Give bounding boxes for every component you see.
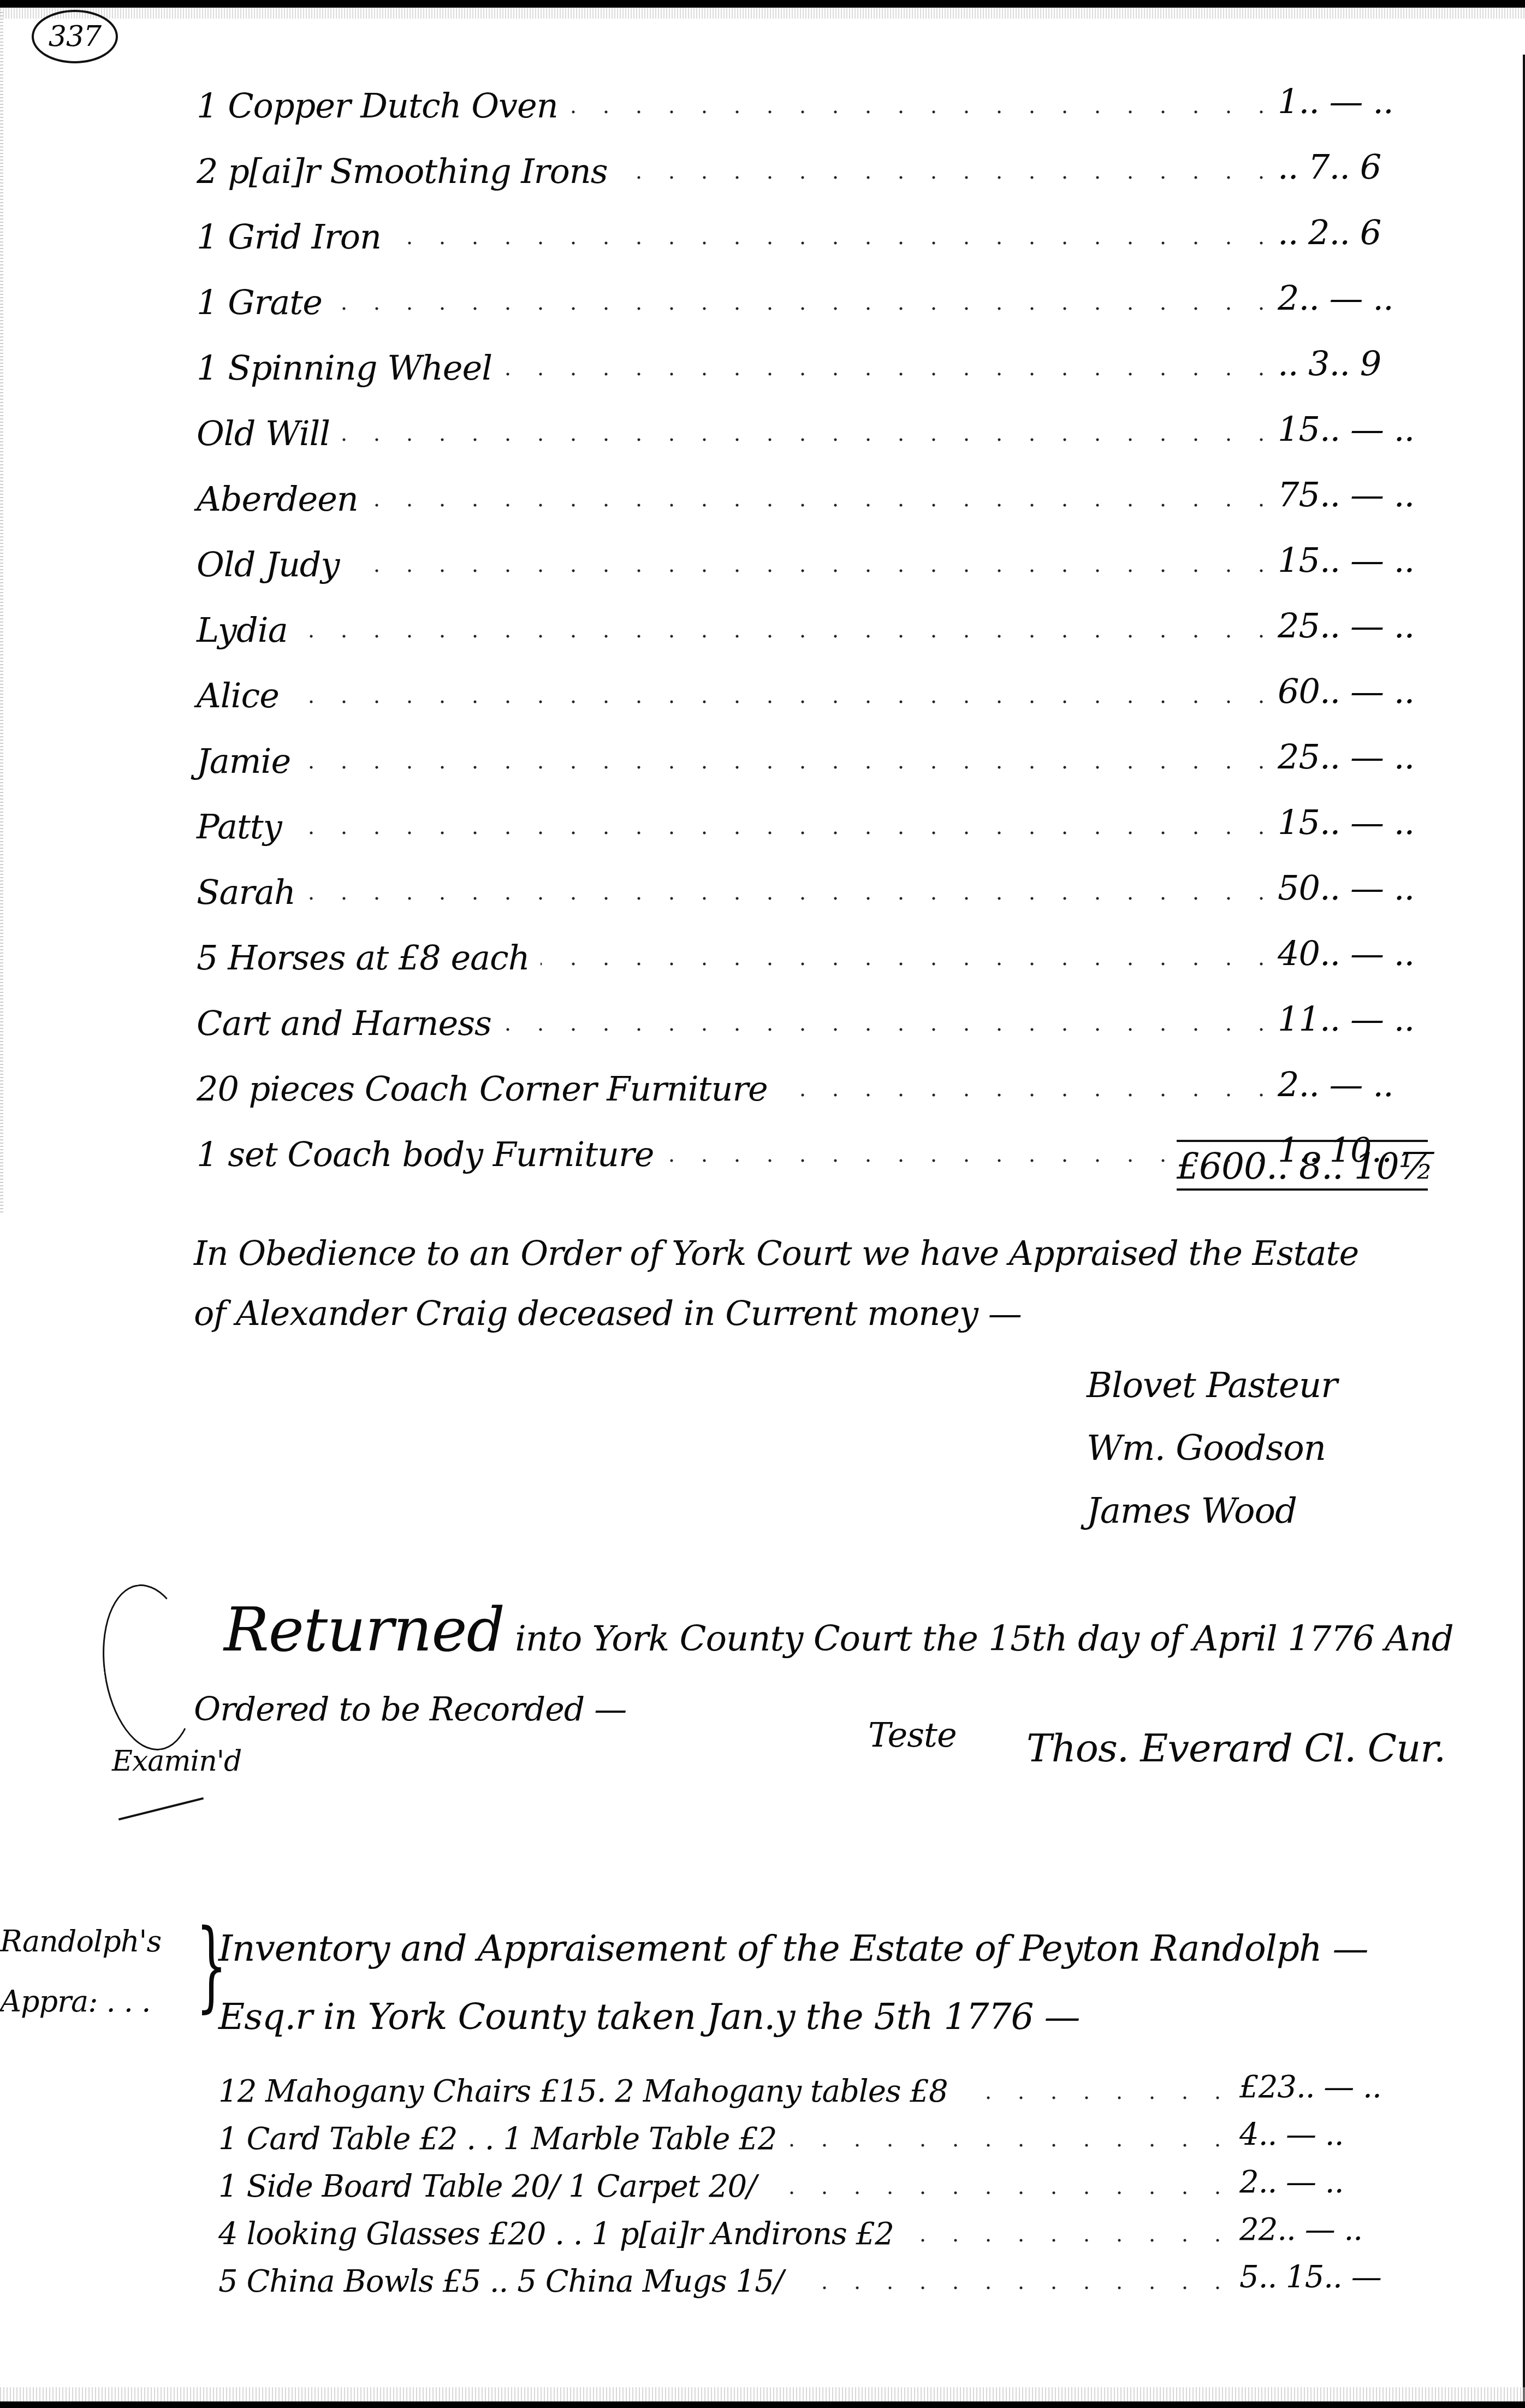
item-description: Alice (197, 676, 290, 715)
item-description: 2 p[ai]r Smoothing Irons (197, 151, 618, 191)
item-description: 4 looking Glasses £20 . . 1 p[ai]r Andir… (218, 2216, 905, 2252)
item-description: Lydia (197, 610, 299, 650)
examined-stroke (118, 1797, 204, 1821)
dot-leader (197, 831, 1267, 835)
page-right-edge (1523, 55, 1525, 2403)
item-amount: £23.. — .. (1239, 2069, 1398, 2105)
teste-label: Teste (868, 1715, 957, 1755)
item-amount: .. 3.. 9 (1278, 344, 1441, 383)
clerk-signature: Thos. Everard Cl. Cur. (1026, 1726, 1445, 1771)
signature: James Wood (1087, 1491, 1469, 1554)
total-underline (1177, 1188, 1428, 1191)
scan-top-border (0, 0, 1525, 8)
item-amount: 1.. — .. (1278, 81, 1441, 121)
randolph-inventory-list: 12 Mahogany Chairs £15. 2 Mahogany table… (218, 2062, 1398, 2299)
return-line-2: Ordered to be Recorded — (194, 1690, 626, 1729)
item-amount: 25.. — .. (1278, 606, 1441, 646)
dot-leader (197, 569, 1267, 572)
scan-left-edge (0, 11, 3, 1212)
inventory-heading: Inventory and Appraisement of the Estate… (218, 1914, 1474, 2051)
return-line-text: into York County Court the 15th day of A… (515, 1619, 1453, 1659)
item-description: 1 Side Board Table 20/ 1 Carpet 20/ (218, 2169, 767, 2204)
item-description: Aberdeen (197, 479, 369, 519)
item-amount: .. 7.. 6 (1278, 147, 1441, 187)
item-amount: 22.. — .. (1239, 2212, 1398, 2247)
item-amount: 5.. 15.. — (1239, 2259, 1398, 2295)
inventory-row: 4 looking Glasses £20 . . 1 p[ai]r Andir… (218, 2204, 1398, 2252)
item-description: 1 Spinning Wheel (197, 348, 503, 388)
heading-line: Inventory and Appraisement of the Estate… (218, 1914, 1474, 1983)
item-description: Jamie (197, 741, 301, 781)
item-description: 1 Card Table £2 . . 1 Marble Table £2 (218, 2121, 787, 2157)
margin-note-line: Randolph's (0, 1912, 161, 1972)
inventory-row: 1 Grate2.. — .. (197, 257, 1441, 322)
dot-leader (197, 700, 1267, 703)
appraiser-signatures: Blovet Pasteur Wm. Goodson James Wood (1087, 1365, 1469, 1554)
item-description: Patty (197, 807, 293, 847)
returned-word: Returned (224, 1595, 505, 1665)
inventory-row: 20 pieces Coach Corner Furniture2.. — .. (197, 1043, 1441, 1109)
item-amount: 40.. — .. (1278, 933, 1441, 973)
inventory-row: Alice60.. — .. (197, 650, 1441, 715)
item-description: 1 set Coach body Furniture (197, 1134, 664, 1174)
item-amount: 15.. — .. (1278, 802, 1441, 842)
item-description: 1 Copper Dutch Oven (197, 86, 569, 126)
item-amount: 15.. — .. (1278, 540, 1441, 580)
inventory-row: 1 Spinning Wheel.. 3.. 9 (197, 322, 1441, 388)
inventory-row: 2 p[ai]r Smoothing Irons.. 7.. 6 (197, 126, 1441, 191)
dot-leader (197, 307, 1267, 310)
item-amount: 60.. — .. (1278, 671, 1441, 711)
return-line-1: Returned into York County Court the 15th… (224, 1595, 1453, 1665)
folio-number: 337 (32, 10, 118, 63)
item-amount: .. 2.. 6 (1278, 212, 1441, 252)
margin-note-line: Appra: . . . (0, 1972, 161, 2032)
inventory-row: Old Will15.. — .. (197, 388, 1441, 453)
grand-total: £600.. 8.. 10½ (1177, 1145, 1428, 1187)
statement-line: of Alexander Craig deceased in Current m… (194, 1283, 1422, 1344)
item-amount: 50.. — .. (1278, 868, 1441, 908)
scan-bottom-border (0, 2401, 1525, 2408)
inventory-row: Cart and Harness11.. — .. (197, 978, 1441, 1043)
item-amount: 2.. — .. (1278, 1064, 1441, 1104)
inventory-row: 5 China Bowls £5 .. 5 China Mugs 15/5.. … (218, 2252, 1398, 2299)
item-description: 1 Grate (197, 282, 333, 322)
item-description: 12 Mahogany Chairs £15. 2 Mahogany table… (218, 2074, 959, 2109)
inventory-row: 1 Card Table £2 . . 1 Marble Table £24..… (218, 2109, 1398, 2157)
item-amount: 15.. — .. (1278, 409, 1441, 449)
dot-leader (197, 897, 1267, 900)
item-amount: 11.. — .. (1278, 999, 1441, 1039)
dot-leader (197, 438, 1267, 441)
item-amount: 4.. — .. (1239, 2117, 1398, 2152)
inventory-row: Jamie25.. — .. (197, 715, 1441, 781)
inventory-row: 1 Side Board Table 20/ 1 Carpet 20/2.. —… (218, 2157, 1398, 2204)
sum-rule (1177, 1140, 1428, 1142)
inventory-row: Patty15.. — .. (197, 781, 1441, 847)
inventory-row: 1 Copper Dutch Oven1.. — .. (197, 60, 1441, 126)
item-description: 5 China Bowls £5 .. 5 China Mugs 15/ (218, 2264, 794, 2299)
inventory-row: Lydia25.. — .. (197, 584, 1441, 650)
statement-line: In Obedience to an Order of York Court w… (194, 1223, 1422, 1283)
flourish-ornament (93, 1578, 206, 1756)
item-description: Sarah (197, 872, 306, 912)
item-description: Cart and Harness (197, 1003, 502, 1043)
item-description: 20 pieces Coach Corner Furniture (197, 1069, 779, 1109)
inventory-row: 5 Horses at £8 each40.. — .. (197, 912, 1441, 978)
inventory-row: 1 Grid Iron.. 2.. 6 (197, 191, 1441, 257)
inventory-list: 1 Copper Dutch Oven1.. — .. 2 p[ai]r Smo… (197, 60, 1441, 1174)
examined-note: Examin'd (112, 1745, 241, 1778)
appraisal-statement: In Obedience to an Order of York Court w… (194, 1223, 1422, 1344)
item-amount: 75.. — .. (1278, 475, 1441, 514)
signature: Wm. Goodson (1087, 1428, 1469, 1491)
item-description: 1 Grid Iron (197, 217, 392, 257)
scan-bottom-noise (0, 2387, 1525, 2401)
inventory-row: Sarah50.. — .. (197, 847, 1441, 912)
inventory-row: 12 Mahogany Chairs £15. 2 Mahogany table… (218, 2062, 1398, 2109)
inventory-row: Old Judy15.. — .. (197, 519, 1441, 584)
margin-note: Randolph's Appra: . . . (0, 1912, 161, 2032)
item-description: Old Will (197, 413, 341, 453)
signature: Blovet Pasteur (1087, 1365, 1469, 1428)
item-description: Old Judy (197, 545, 351, 584)
scan-top-noise (0, 8, 1525, 19)
total-block: £600.. 8.. 10½ (1177, 1139, 1428, 1194)
item-description: 5 Horses at £8 each (197, 938, 541, 978)
dot-leader (197, 635, 1267, 638)
item-amount: 2.. — .. (1239, 2164, 1398, 2200)
heading-line: Esq.r in York County taken Jan.y the 5th… (218, 1983, 1474, 2051)
inventory-row: Aberdeen75.. — .. (197, 453, 1441, 519)
item-amount: 2.. — .. (1278, 278, 1441, 318)
item-amount: 25.. — .. (1278, 737, 1441, 777)
dot-leader (197, 766, 1267, 769)
